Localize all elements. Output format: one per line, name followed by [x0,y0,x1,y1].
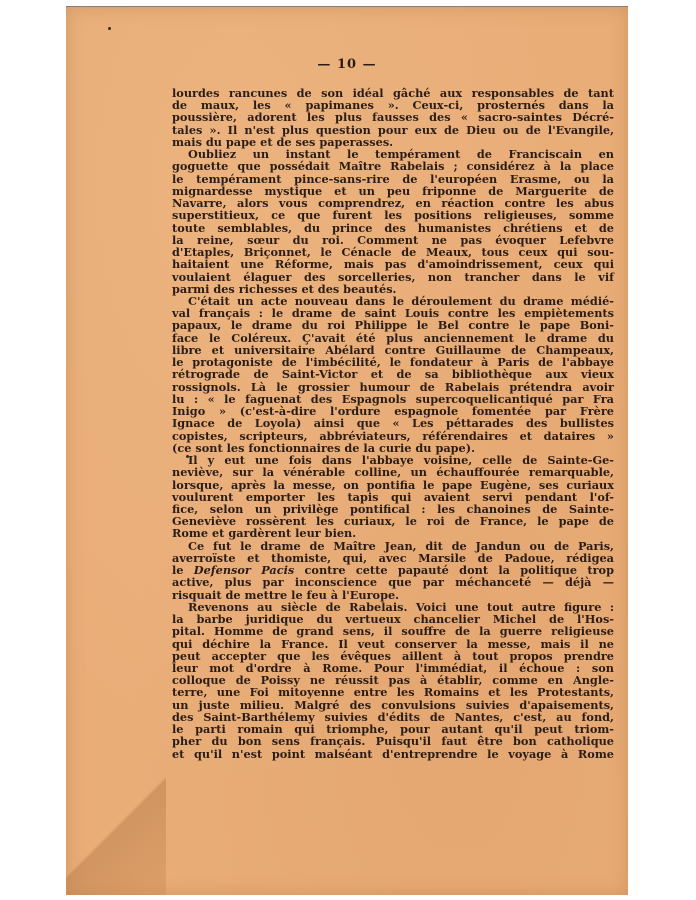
text-line: goguette que possédait Maître Rabelais ;… [172,160,614,172]
text-line: toute semblables, du prince des humanist… [172,222,614,234]
text-line: qui déchire la France. Il veut conserver… [172,638,614,650]
ink-spot [108,27,111,30]
text-line: risquait de mettre le feu à l'Europe. [172,589,614,601]
text-line: poussière, adorent les plus fausses des … [172,111,614,123]
text-line: pher du bon sens français. Puisqu'il fau… [172,735,614,747]
text-line: et qu'il n'est point malséant d'entrepre… [172,748,614,760]
text-line: voulaient élaguer des sorcelleries, non … [172,271,614,283]
text-line: lorsque, après la messe, on pontifia le … [172,479,614,491]
text-line: Rome et gardèrent leur bien. [172,527,614,539]
folded-corner [66,765,166,895]
body-text: lourdes rancunes de son idéal gâché aux … [172,87,614,760]
text-line: superstitieux, ce que furent les positio… [172,209,614,221]
text-line: pital. Homme de grand sens, il souffre d… [172,625,614,637]
scanned-page: — 10 — lourdes rancunes de son idéal gâc… [66,6,628,895]
text-line: Ignace de Loyola) ainsi que « Les péttar… [172,417,614,429]
text-line: rétrograde de Saint-Victor et de sa bibl… [172,368,614,380]
text-line: haitaient une Réforme, mais pas d'amoind… [172,258,614,270]
text-line: papaux, le drame du roi Philippe le Bel … [172,319,614,331]
text-line: copistes, scripteurs, abbréviateurs, réf… [172,430,614,442]
text-line: neviève, sur la vénérable colline, un éc… [172,466,614,478]
page-number: — 10 — [66,57,628,72]
text-line: active, plus par inconscience que par mé… [172,576,614,588]
text-line: terre, une Foi mitoyenne entre les Romai… [172,686,614,698]
